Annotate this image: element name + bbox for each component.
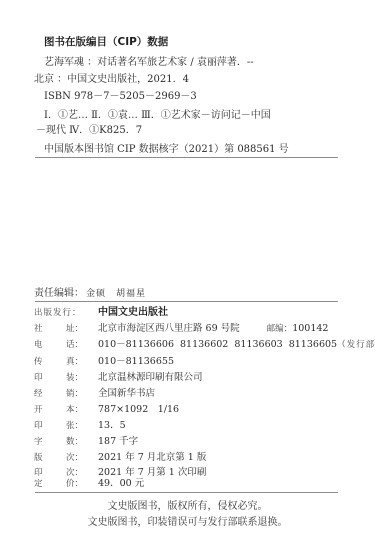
responsible-editor: 责任编辑：金硕 胡福星 (34, 284, 146, 299)
phone-label: 电话： (34, 338, 98, 352)
format-label: 开本： (34, 403, 98, 417)
price-label: 定价： (34, 477, 98, 491)
word-count-label: 字数： (34, 435, 98, 449)
publisher-label: 出版发行： (34, 306, 98, 320)
divider-bottom (35, 492, 338, 493)
info-row-address: 社址：北京市海淀区西八里庄路 69 号院 邮编：100142 (34, 322, 328, 336)
info-row-word-count: 字数：187 千字 (34, 435, 138, 449)
sheets-value: 13．5 (98, 419, 126, 433)
copyright-notice: 文史版图书，版权所有，侵权必究。 (0, 497, 375, 512)
info-row-printer: 印装：北京温林源印刷有限公司 (34, 371, 203, 385)
phone-number-3: 81136603 (234, 338, 282, 352)
cip-title-line: 艺海军魂 ：对话著名军旅艺术家 / 袁丽萍著．-- (44, 53, 254, 68)
copyright-page: 图书在版编目（CIP）数据 艺海军魂 ：对话著名军旅艺术家 / 袁丽萍著．-- … (0, 0, 375, 555)
fax-value: 010－81136655 (98, 355, 174, 369)
info-row-edition: 版次：2021 年 7 月北京第 1 版 (34, 451, 206, 465)
printer-value: 北京温林源印刷有限公司 (98, 371, 203, 385)
editor-label: 责任编辑： (34, 288, 84, 299)
fax-label: 传真： (34, 355, 98, 369)
replacement-notice: 文史版图书，印装错误可与发行部联系退换。 (0, 513, 375, 528)
info-row-sheets: 印张：13．5 (34, 419, 126, 433)
info-row-phone: 电话：010－81136606811366028113660381136605（… (34, 338, 375, 352)
publisher-value: 中国文史出版社 (98, 306, 168, 320)
info-row-price: 定价：49．00 元 (34, 477, 144, 491)
info-row-distributor: 经销：全国新华书店 (34, 387, 155, 401)
divider-middle (35, 301, 338, 302)
phone-number-4: 81136605 (289, 338, 337, 352)
cip-record-number: 中国版本图书馆 CIP 数据核字（2021）第 088561 号 (44, 140, 289, 155)
cip-isbn-line: ISBN 978－7－5205－2969－3 (44, 87, 197, 102)
cip-classification-line: Ⅰ．①艺… Ⅱ．①袁… Ⅲ．①艺术家－访问记－中国 (44, 106, 271, 121)
postcode-label: 邮编： (267, 324, 293, 334)
format-value: 787×1092 1/16 (98, 403, 179, 417)
postcode: 邮编：100142 (267, 322, 329, 336)
sheets-label: 印张： (34, 419, 98, 433)
info-row-format: 开本：787×1092 1/16 (34, 403, 179, 417)
cip-classification-line-cont: －现代 Ⅳ．①K825．7 (36, 121, 142, 136)
phone-number-1: 010－81136606 (98, 338, 174, 352)
divider-top (35, 157, 338, 158)
editor-names: 金硕 胡福星 (86, 289, 146, 299)
phone-department: （发行部） (337, 340, 375, 350)
price-value: 49．00 元 (98, 477, 144, 491)
postcode-value: 100142 (292, 323, 328, 334)
address-label: 社址： (34, 322, 98, 336)
distributor-value: 全国新华书店 (98, 387, 155, 401)
distributor-label: 经销： (34, 387, 98, 401)
printer-label: 印装： (34, 371, 98, 385)
cip-heading: 图书在版编目（CIP）数据 (44, 34, 168, 49)
edition-label: 版次： (34, 451, 98, 465)
info-row-fax: 传真：010－81136655 (34, 355, 174, 369)
edition-value: 2021 年 7 月北京第 1 版 (98, 451, 206, 465)
cip-publisher-line: 北京 ：中国文史出版社，2021．4 (34, 70, 189, 85)
address-value: 北京市海淀区西八里庄路 69 号院 (98, 322, 240, 336)
word-count-value: 187 千字 (98, 435, 138, 449)
info-row-publisher: 出版发行：中国文史出版社 (34, 306, 168, 320)
phone-number-2: 81136602 (180, 338, 228, 352)
